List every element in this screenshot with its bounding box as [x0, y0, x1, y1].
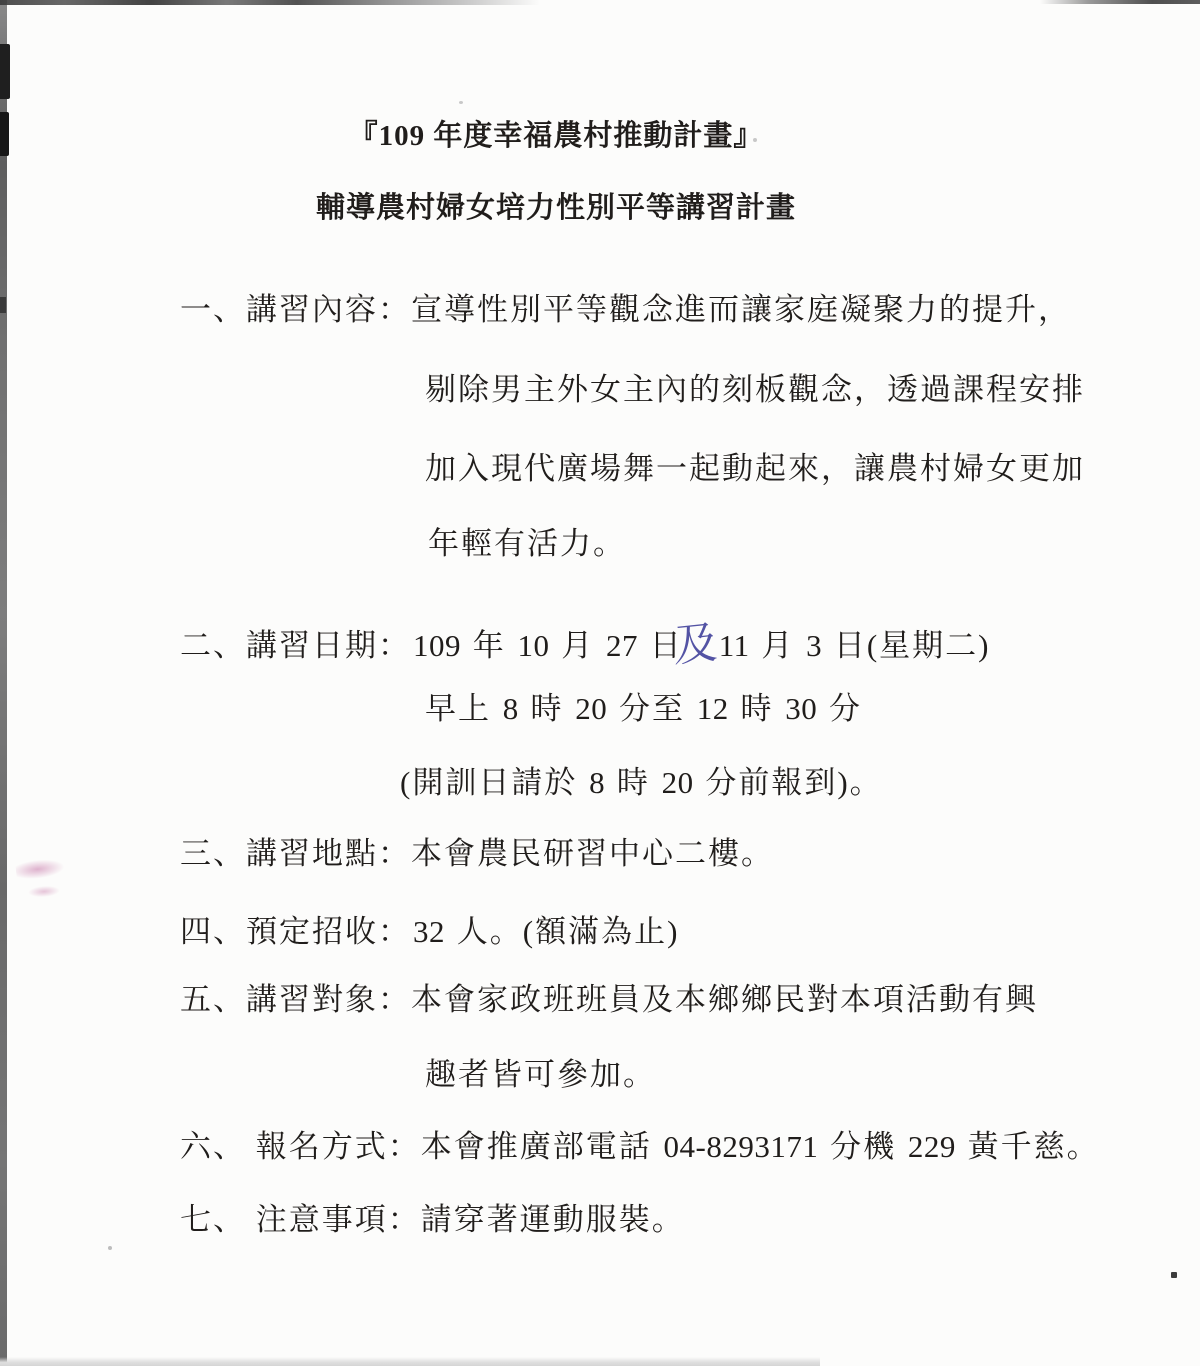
section-5-audience: 五、講習對象：本會家政班班員及本鄉鄉民對本項活動有興 [180, 982, 1038, 1018]
latin-run: 27 [604, 628, 640, 663]
scan-artifact-pink-smudge-2 [28, 885, 61, 898]
cjk-run: 日(星期二) [824, 628, 990, 663]
document-title: 『109 年度幸福農村推動計畫』 [349, 120, 764, 153]
section-1-cont-3: 年輕有活力。 [428, 526, 626, 562]
scan-artifact-pink-smudge-1 [15, 858, 65, 881]
section-1-cont-2: 加入現代廣場舞一起動起來，讓農村婦女更加 [425, 451, 1085, 487]
cjk-run: 加入現代廣場舞一起動起來，讓農村婦女更加 [425, 451, 1085, 486]
section-1-content: 一、講習內容：宣導性別平等觀念進而讓家庭凝聚力的提升， [180, 292, 1071, 328]
section-2-cont-2: (開訓日請於 8 時 20 分前報到)。 [400, 765, 883, 801]
document-subtitle: 輔導農村婦女培力性別平等講習計畫 [316, 192, 796, 225]
scan-artifact-speck [108, 1246, 112, 1250]
cjk-run: 月 [752, 628, 805, 663]
latin-run: 20 [573, 691, 609, 726]
scan-artifact-left-dark-mark-2 [0, 112, 9, 156]
cjk-run: 七、 注意事項：請穿著運動服裝。 [180, 1202, 685, 1237]
cjk-run: 人。(額滿為止) [447, 914, 679, 949]
latin-run: 12 [695, 691, 731, 726]
cjk-run: 趣者皆可參加。 [425, 1057, 656, 1092]
latin-run: 229 [906, 1129, 958, 1164]
cjk-run: 分前報到)。 [696, 765, 883, 800]
cjk-run: 年輕有活力。 [428, 526, 626, 561]
section-6-registration: 六、 報名方式：本會推廣部電話 04-8293171 分機 229 黃千慈。 [180, 1129, 1100, 1165]
latin-run: 8 [587, 765, 607, 800]
scan-artifact-speck [459, 101, 463, 104]
cjk-run: 剔除男主外女主內的刻板觀念，透過課程安排 [425, 372, 1085, 407]
cjk-run: 三、講習地點：本會農民研習中心二樓。 [180, 836, 774, 871]
cjk-run: 五、講習對象：本會家政班班員及本鄉鄉民對本項活動有興 [180, 982, 1038, 1017]
latin-run: 20 [660, 765, 696, 800]
scan-artifact-left-dark-mark-1 [0, 44, 10, 99]
cjk-run: 四、預定招收： [180, 914, 411, 949]
cjk-run: (開訓日請於 [400, 765, 587, 800]
section-7-notes: 七、 注意事項：請穿著運動服裝。 [180, 1202, 685, 1238]
cjk-run: 時 [607, 765, 660, 800]
scan-artifact-top-smudge-left [0, 0, 540, 5]
section-4-capacity: 四、預定招收：32 人。(額滿為止) [180, 914, 679, 950]
scan-artifact-top-smudge-right [1040, 0, 1200, 4]
cjk-run: 時 [521, 691, 574, 726]
section-2-cont-1: 早上 8 時 20 分至 12 時 30 分 [425, 691, 862, 727]
latin-run: 109 [411, 628, 463, 663]
latin-run: 10 [516, 628, 552, 663]
latin-run: 3 [804, 628, 824, 663]
cjk-run: 時 [731, 691, 784, 726]
section-5-cont-1: 趣者皆可參加。 [425, 1057, 656, 1093]
cjk-run: 二、講習日期： [180, 628, 411, 663]
cjk-run: 一、講習內容：宣導性別平等觀念進而讓家庭凝聚力的提升， [180, 292, 1071, 327]
handwritten-ji-annotation: 及 [674, 620, 720, 669]
section-3-location: 三、講習地點：本會農民研習中心二樓。 [180, 836, 774, 872]
cjk-run: 早上 [425, 691, 501, 726]
scan-artifact-left-edge-strip [0, 0, 7, 1366]
scanned-page: 『109 年度幸福農村推動計畫』 輔導農村婦女培力性別平等講習計畫 一、講習內容… [0, 0, 1200, 1366]
cjk-run: 分機 [820, 1129, 906, 1164]
latin-run: 30 [783, 691, 819, 726]
cjk-run: 年 [463, 628, 516, 663]
scan-artifact-bottom-right-dot [1171, 1272, 1177, 1278]
section-2-date: 二、講習日期：109 年 10 月 27 日及11 月 3 日(星期二) [180, 620, 991, 664]
section-1-cont-1: 剔除男主外女主內的刻板觀念，透過課程安排 [425, 372, 1085, 408]
scan-artifact-left-dark-mark-3 [0, 297, 6, 313]
latin-run: 8 [501, 691, 521, 726]
latin-run: 11 [717, 628, 752, 663]
cjk-run: 黃千慈。 [958, 1129, 1100, 1164]
scan-artifact-bottom-band [0, 1357, 820, 1366]
cjk-run: 月 [552, 628, 605, 663]
cjk-run: 分 [819, 691, 862, 726]
cjk-run: 六、 報名方式：本會推廣部電話 [180, 1129, 662, 1164]
latin-run: 32 [411, 914, 447, 949]
latin-run: 04-8293171 [662, 1129, 821, 1164]
cjk-run: 分至 [609, 691, 695, 726]
